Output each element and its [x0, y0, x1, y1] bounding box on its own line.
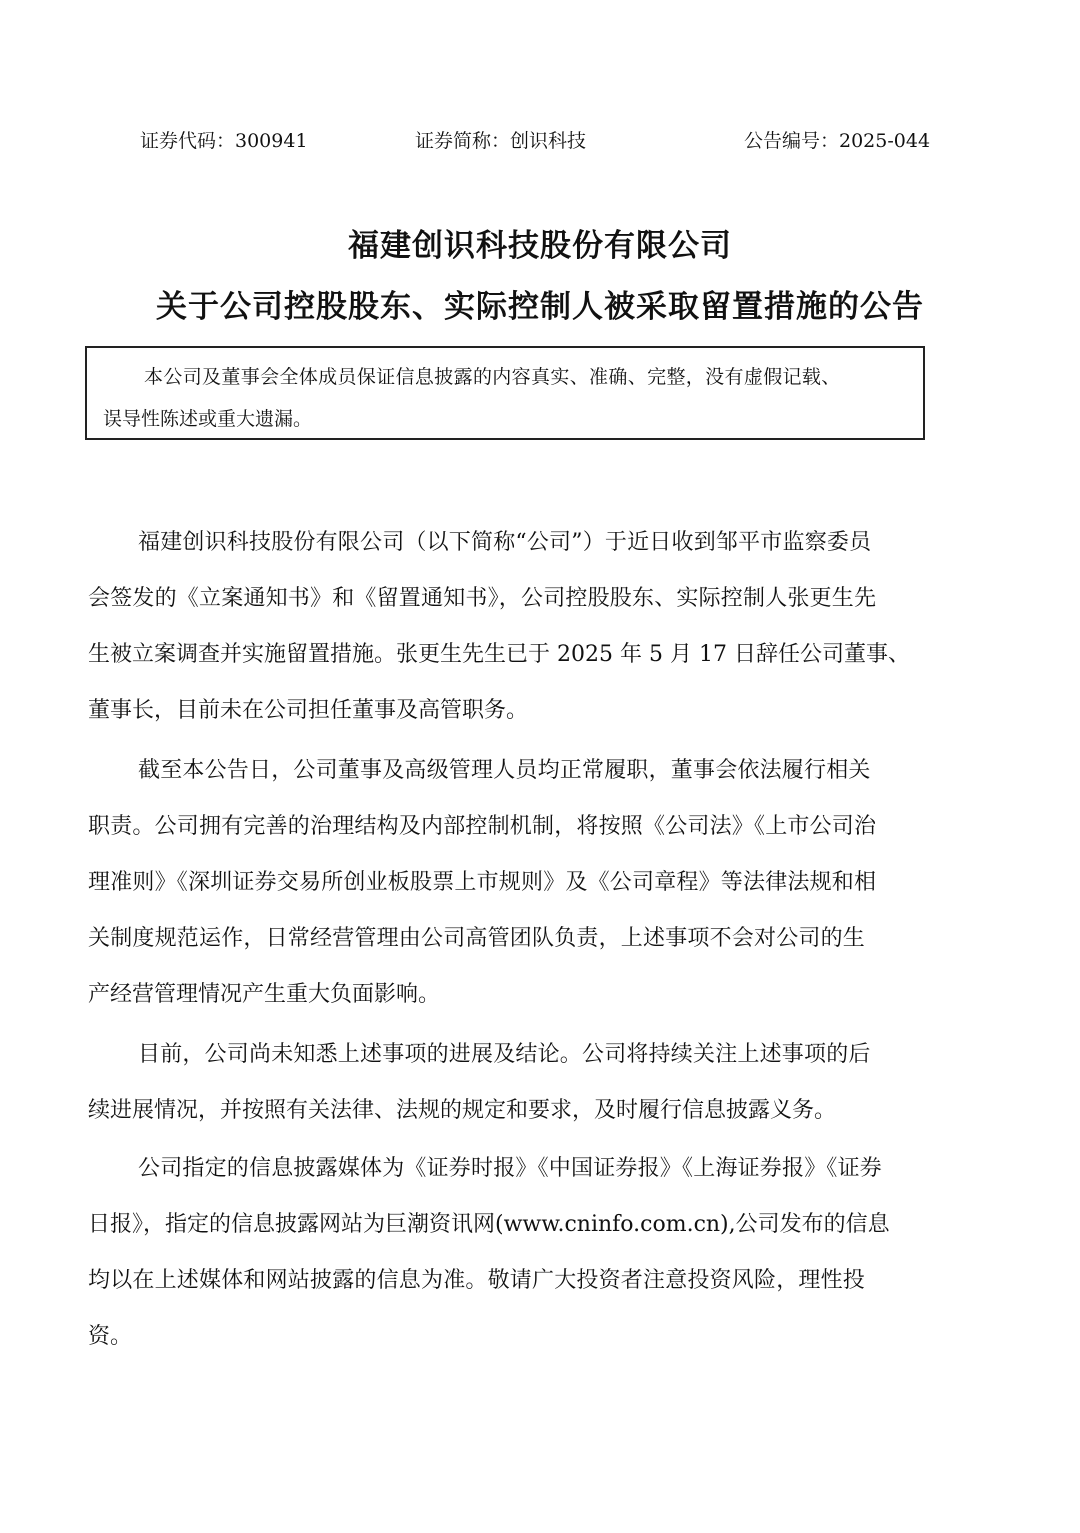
disclaimer-line: 本公司及董事会全体成员保证信息披露的内容真实、准确、完整，没有虚假记载、 [144, 362, 841, 392]
paragraph-line: 理准则》《深圳证券交易所创业板股票上市规则》及《公司章程》等法律法规和相 [88, 863, 876, 919]
company-title: 福建创识科技股份有限公司 [0, 220, 1080, 265]
paragraph-line: 会签发的《立案通知书》和《留置通知书》，公司控股股东、实际控制人张更生先 [88, 579, 876, 635]
announcement-number: 公告编号：2025-044 [744, 126, 930, 156]
paragraph-line: 资。 [88, 1317, 132, 1373]
paragraph-line: 职责。公司拥有完善的治理结构及内部控制机制，将按照《公司法》《上市公司治 [88, 807, 876, 863]
security-name: 证券简称：创识科技 [415, 126, 586, 156]
paragraph-line: 均以在上述媒体和网站披露的信息为准。敬请广大投资者注意投资风险，理性投 [88, 1261, 865, 1317]
paragraph-line: 目前，公司尚未知悉上述事项的进展及结论。公司将持续关注上述事项的后 [138, 1035, 871, 1091]
paragraph-line: 董事长，目前未在公司担任董事及高管职务。 [88, 691, 528, 747]
paragraph-line: 日报》，指定的信息披露网站为巨潮资讯网(www.cninfo.com.cn),公… [88, 1205, 890, 1261]
disclaimer-line: 误导性陈述或重大遗漏。 [103, 404, 312, 434]
paragraph-line: 截至本公告日，公司董事及高级管理人员均正常履职，董事会依法履行相关 [138, 751, 871, 807]
paragraph-line: 生被立案调查并实施留置措施。张更生先生已于 2025 年 5 月 17 日辞任公… [88, 635, 910, 691]
paragraph-line: 公司指定的信息披露媒体为《证券时报》《中国证券报》《上海证券报》《证券 [138, 1149, 882, 1205]
paragraph-line: 福建创识科技股份有限公司（以下简称“公司”）于近日收到邹平市监察委员 [138, 523, 871, 579]
paragraph-line: 产经营管理情况产生重大负面影响。 [88, 975, 440, 1031]
announcement-header: 证券代码：300941 证券简称：创识科技 公告编号：2025-044 [0, 126, 1080, 156]
disclaimer-box: 本公司及董事会全体成员保证信息披露的内容真实、准确、完整，没有虚假记载、 误导性… [85, 346, 925, 440]
paragraph-line: 关制度规范运作，日常经营管理由公司高管团队负责，上述事项不会对公司的生 [88, 919, 865, 975]
paragraph-line: 续进展情况，并按照有关法律、法规的规定和要求，及时履行信息披露义务。 [88, 1091, 836, 1147]
security-code: 证券代码：300941 [140, 126, 308, 156]
announcement-title: 关于公司控股股东、实际控制人被采取留置措施的公告 [0, 281, 1080, 326]
